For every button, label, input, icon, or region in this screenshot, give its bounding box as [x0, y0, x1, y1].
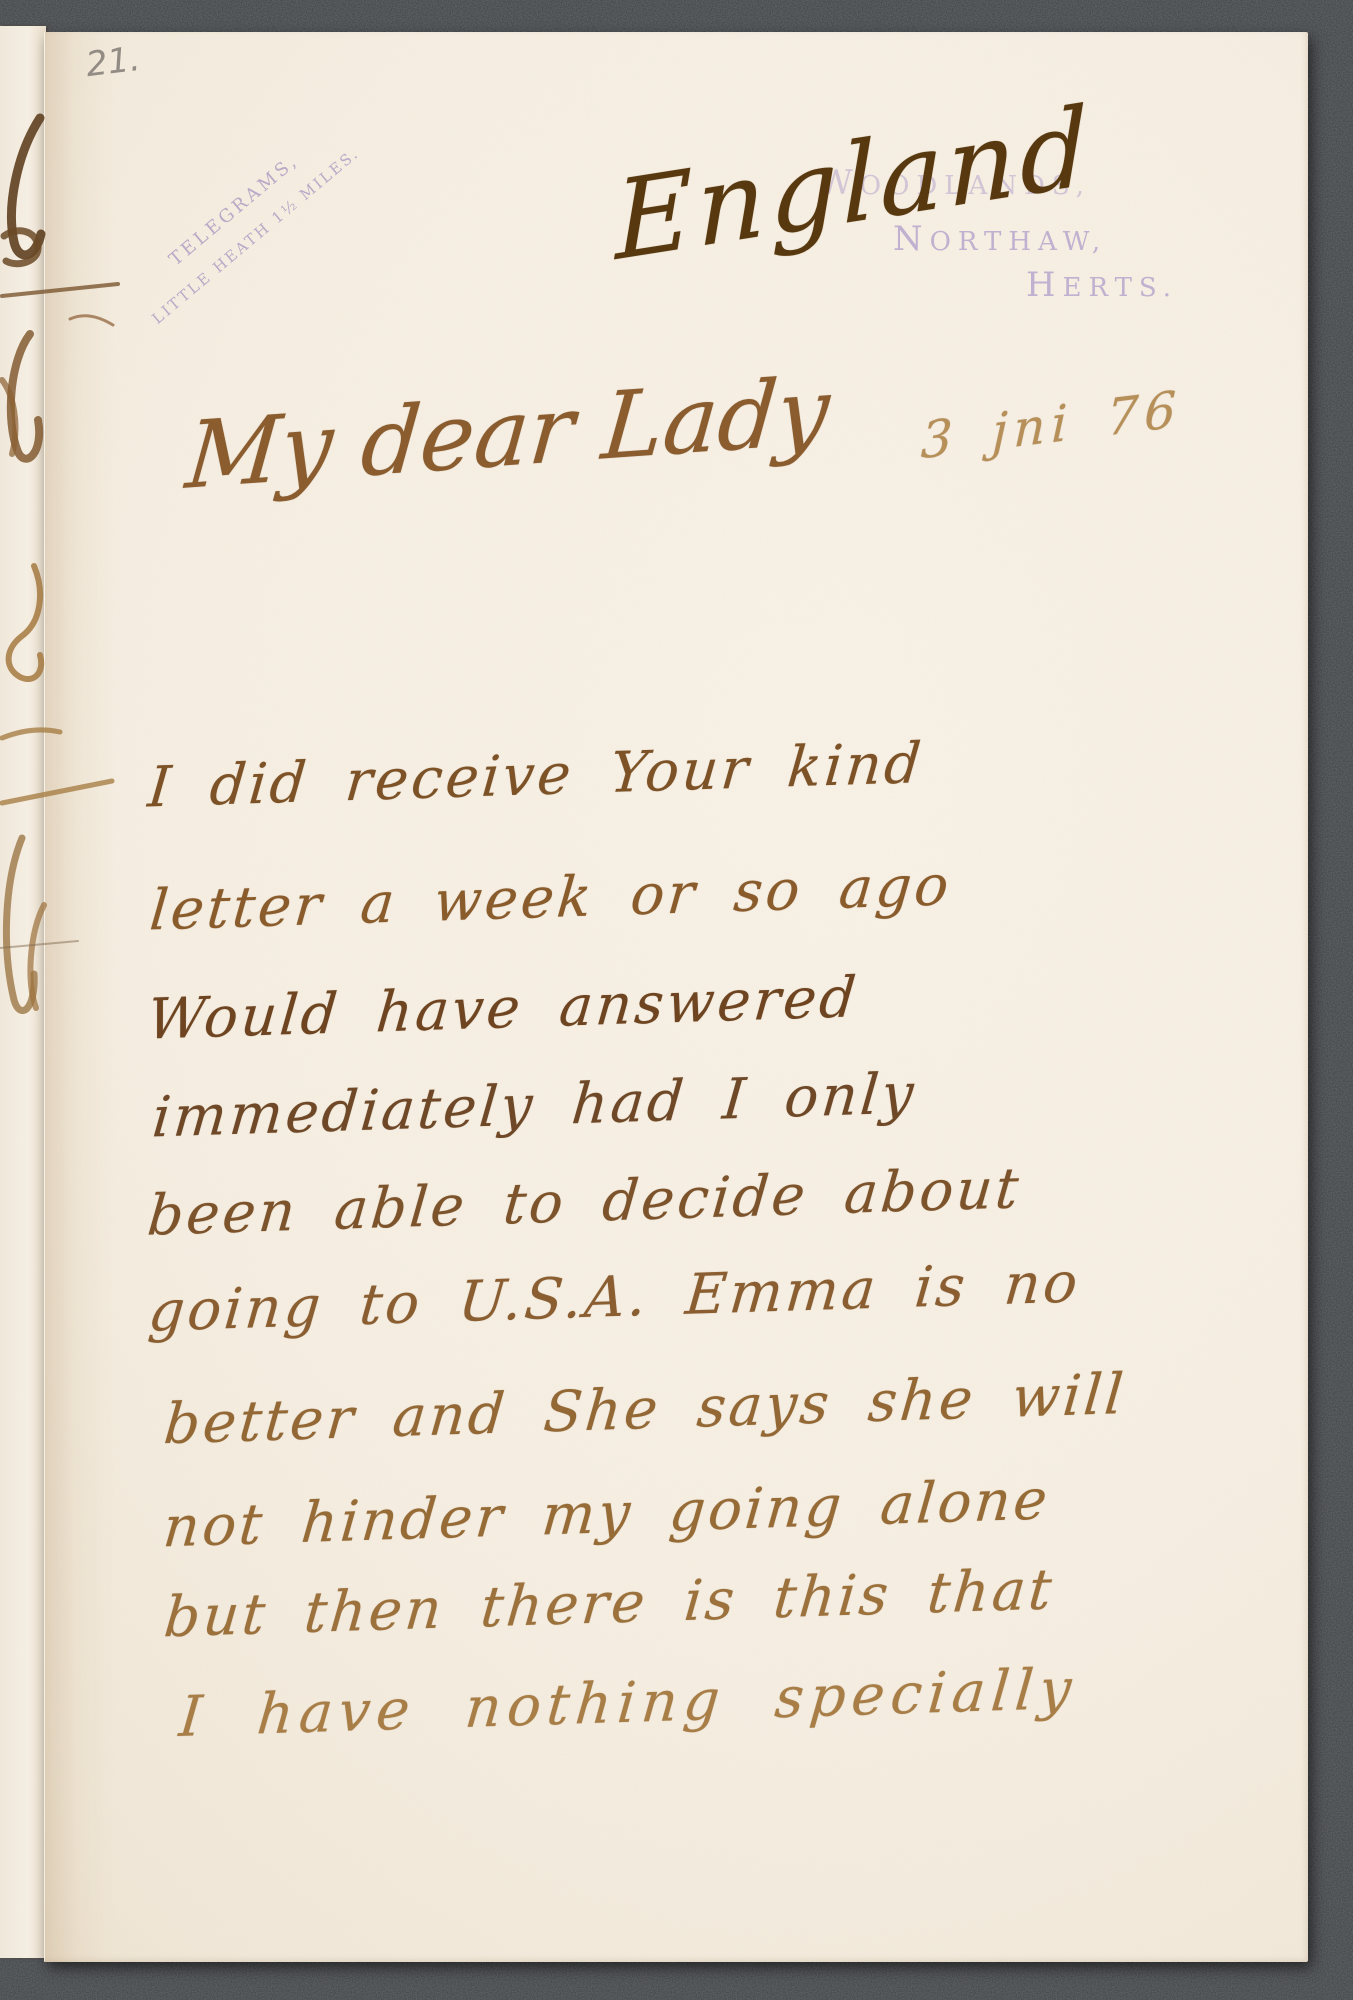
body-line: I have nothing specially	[177, 1657, 1080, 1750]
body-line: going to U.S.A. Emma is no	[146, 1250, 1083, 1344]
letter-body: I did receive Your kind letter a week or…	[131, 719, 1353, 1836]
fold-gutter-shading	[44, 32, 115, 1962]
body-line: Would have answered	[145, 965, 862, 1053]
pencil-page-number: 21.	[84, 39, 143, 85]
body-line: better and She says she will	[161, 1362, 1128, 1457]
body-line: but then there is this that	[161, 1557, 1057, 1650]
body-line: been able to decide about	[145, 1156, 1024, 1249]
scanned-letter-photo: { "letter": { "archival_page_number": "2…	[0, 0, 1353, 2000]
body-line: letter a week or so ago	[147, 853, 954, 943]
body-line: not hinder my going alone	[161, 1467, 1053, 1560]
facing-page-edge	[0, 26, 46, 1958]
body-line: immediately had I only	[150, 1061, 919, 1150]
letterhead-county: HERTS.	[1026, 265, 1178, 304]
